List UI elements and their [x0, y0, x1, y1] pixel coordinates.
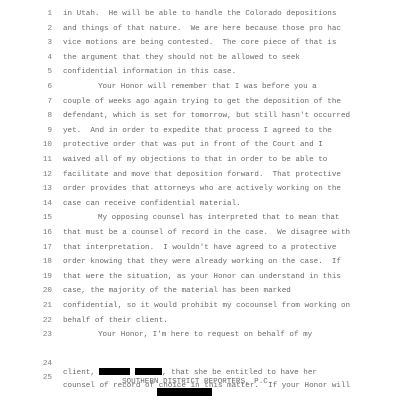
- transcript-line: 3vice motions are being contested. The c…: [0, 39, 400, 51]
- line-number: 22: [36, 317, 52, 325]
- line-number: 17: [36, 244, 52, 252]
- transcript-line: 13order provides that attorneys who are …: [0, 185, 400, 197]
- line-text: that were the situation, as your Honor c…: [63, 273, 341, 281]
- line-number: 20: [36, 287, 52, 295]
- transcript-line: 9yet. And in order to expedite that proc…: [0, 127, 400, 139]
- transcript-line-25: 25 counsel of record of choice in this m…: [0, 366, 400, 378]
- transcript-line: 21confidential, so it would prohibit my …: [0, 302, 400, 314]
- line-text: that must be a counsel of record in the …: [63, 229, 350, 237]
- transcript-line: 10protective order that was put in front…: [0, 141, 400, 153]
- line-text: My opposing counsel has interpreted that…: [98, 214, 340, 222]
- line-text: behalf of their client.: [63, 317, 168, 325]
- transcript-page: Utah. 1in Utah. He will be able to handl…: [0, 0, 400, 400]
- reporter-name: SOUTHERN DISTRICT REPORTERS, P.C.: [122, 378, 272, 386]
- line-text: case can receive confidential material.: [63, 200, 241, 208]
- transcript-line: 6Your Honor will remember that I was bef…: [0, 83, 400, 95]
- line-text: couple of weeks ago again trying to get …: [63, 98, 341, 106]
- transcript-line: 18order knowing that they were already w…: [0, 258, 400, 270]
- line-number: 8: [36, 112, 52, 120]
- line-text: confidential, so it would prohibit my co…: [63, 302, 350, 310]
- line-number: 12: [36, 171, 52, 179]
- transcript-line: 1in Utah. He will be able to handle the …: [0, 10, 400, 22]
- line-text: Your Honor, I'm here to request on behal…: [98, 331, 312, 339]
- transcript-line: 8defendant, which is set for tomorrow, b…: [0, 112, 400, 124]
- line-number: 23: [36, 331, 52, 339]
- line-number: 10: [36, 141, 52, 149]
- line-text: waived all of my objections to that in o…: [63, 156, 327, 164]
- line-number: 21: [36, 302, 52, 310]
- transcript-line: 23Your Honor, I'm here to request on beh…: [0, 331, 400, 343]
- line-text: Your Honor will remember that I was befo…: [98, 83, 317, 91]
- transcript-line: 17that interpretation. I wouldn't have a…: [0, 244, 400, 256]
- transcript-line: 4the argument that they should not be al…: [0, 54, 400, 66]
- line-number: 19: [36, 273, 52, 281]
- line-number: 18: [36, 258, 52, 266]
- transcript-line: 14case can receive confidential material…: [0, 200, 400, 212]
- line-text: in Utah. He will be able to handle the C…: [63, 10, 336, 18]
- transcript-line: 22behalf of their client.: [0, 317, 400, 329]
- transcript-line: 12facilitate and move that deposition fo…: [0, 171, 400, 183]
- transcript-line: 7couple of weeks ago again trying to get…: [0, 98, 400, 110]
- line-text: vice motions are being contested. The co…: [63, 39, 336, 47]
- line-number: 3: [36, 39, 52, 47]
- line-text: order provides that attorneys who are ac…: [63, 185, 341, 193]
- line-text: the argument that they should not be all…: [63, 54, 300, 62]
- line-number: 9: [36, 127, 52, 135]
- line-number: 5: [36, 68, 52, 76]
- line-number: 15: [36, 214, 52, 222]
- line-text: confidential information in this case.: [63, 68, 236, 76]
- previous-page-partial-line: Utah.: [63, 0, 86, 3]
- transcript-line: 11waived all of my objections to that in…: [0, 156, 400, 168]
- line-text: facilitate and move that deposition forw…: [63, 171, 341, 179]
- line-number: 6: [36, 83, 52, 91]
- transcript-line: 5confidential information in this case.: [0, 68, 400, 80]
- transcript-line-24: 24 client, , that she be entitled to hav…: [0, 352, 400, 364]
- transcript-line: 2and things of that nature. We are here …: [0, 25, 400, 37]
- line-text: and things of that nature. We are here b…: [63, 25, 341, 33]
- line-number: 11: [36, 156, 52, 164]
- line-number: 14: [36, 200, 52, 208]
- line-number: 2: [36, 25, 52, 33]
- line-number: 16: [36, 229, 52, 237]
- line-number: 1: [36, 10, 52, 18]
- line-text: defendant, which is set for tomorrow, bu…: [63, 112, 350, 120]
- line-text: case, the majority of the material has b…: [63, 287, 291, 295]
- line-text: that interpretation. I wouldn't have agr…: [63, 244, 336, 252]
- line-text: yet. And in order to expedite that proce…: [63, 127, 332, 135]
- line-text: protective order that was put in front o…: [63, 141, 323, 149]
- transcript-line: 15My opposing counsel has interpreted th…: [0, 214, 400, 226]
- line-number: 7: [36, 98, 52, 106]
- line-number: 13: [36, 185, 52, 193]
- transcript-line: 16that must be a counsel of record in th…: [0, 229, 400, 241]
- line-text: order knowing that they were already wor…: [63, 258, 341, 266]
- transcript-line: 19that were the situation, as your Honor…: [0, 273, 400, 285]
- transcript-line: 20case, the majority of the material has…: [0, 287, 400, 299]
- redaction-block: [157, 388, 212, 396]
- line-number: 4: [36, 54, 52, 62]
